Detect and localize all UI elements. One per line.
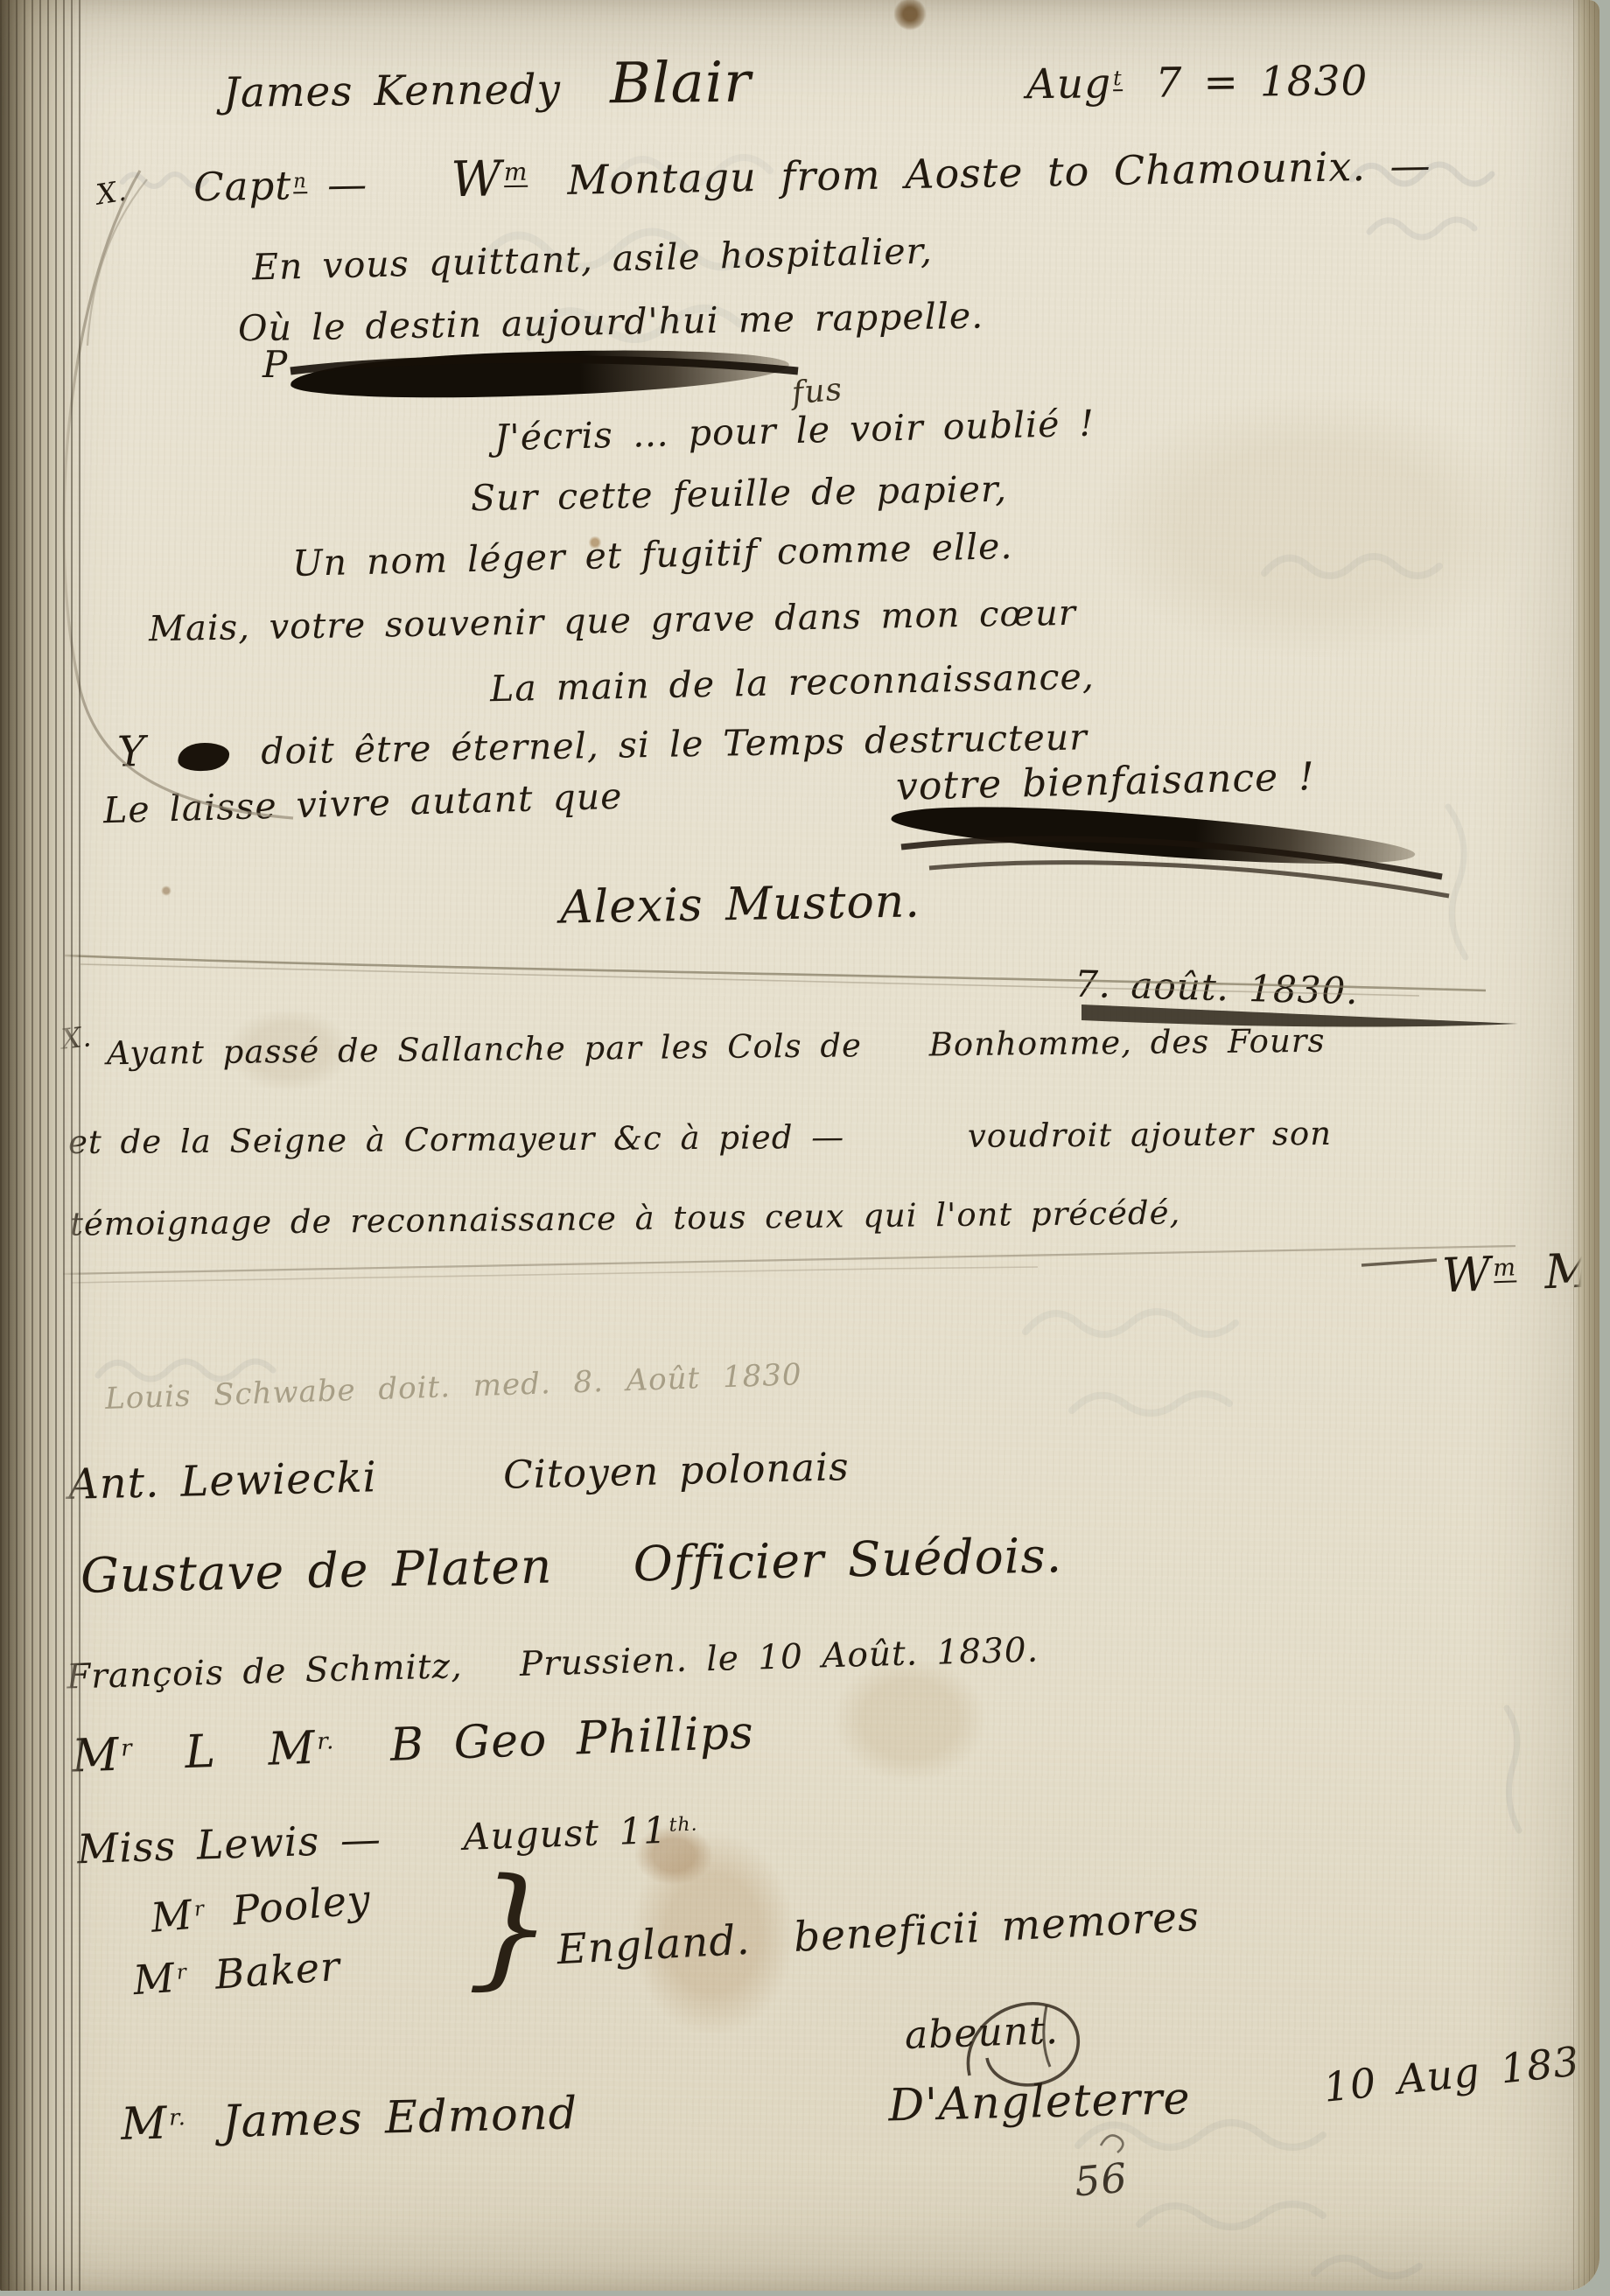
visitor-description: Prussien. le 10 Août. 1830. — [519, 1630, 1039, 1684]
poem-line-4: Sur cette feuille de papier, — [471, 472, 1008, 517]
footnote-text: voudroit ajouter son — [968, 1115, 1332, 1155]
visitor-name: Baker — [213, 1942, 342, 1998]
entry-date-month: Aug — [1026, 59, 1112, 108]
visit-date-sup: th. — [668, 1815, 698, 1836]
gutter-tear-mark — [0, 894, 15, 941]
header-entry-line: James Kennedy Blair Augt 7 = 1830 — [223, 48, 1368, 116]
footnote-text: Bonhomme, des Fours — [928, 1022, 1325, 1064]
gutter-tear-mark — [0, 347, 21, 414]
honorific-sup: r. — [169, 2107, 186, 2131]
poem-text: J'écris … pour le voir oublié ! — [494, 402, 1095, 459]
captain-title-base: Capt — [193, 162, 292, 210]
honorific-sup: r — [193, 1900, 206, 1921]
poem-text: Le laisse vivre autant que — [102, 775, 623, 832]
poem-line-9-right: votre bienfaisance ! — [896, 758, 1316, 807]
captain-entry-line: X. Captn — Wm Montagu from Aoste to Cham… — [96, 139, 1431, 212]
entry-phillips: Mr L Mr. B Geo Phillips — [71, 1710, 754, 1779]
honorific-sup: r — [121, 1738, 133, 1761]
poem-line-2: Où le destin aujourd'hui me rappelle. — [238, 298, 984, 347]
captain-title-sup: n — [293, 171, 307, 194]
country-label: England. — [556, 1916, 752, 1974]
visitor-name: Pooley — [231, 1875, 374, 1935]
initial-sup: m — [1493, 1256, 1517, 1283]
poem-line-7: La main de la reconnaissance, — [490, 659, 1095, 707]
entry-platen: Gustave de Platen Officier Suédois. — [80, 1531, 1063, 1599]
footnote-mark: X. — [59, 1022, 93, 1053]
divider-line-2 — [63, 1246, 1515, 1283]
honorific: M — [71, 1729, 120, 1783]
visitor-surname: Blair — [610, 51, 752, 117]
visitor-first-names: James Kennedy — [223, 66, 562, 117]
entry-schmitz: François de Schmitz, Prussien. le 10 Aoû… — [66, 1633, 1039, 1694]
page-number-text: 56 — [1073, 2153, 1130, 2205]
poem-text: Où le destin aujourd'hui me rappelle. — [238, 295, 984, 350]
initial-m: M. — [1543, 1242, 1599, 1300]
gutter-tear-mark — [0, 1808, 33, 1815]
latin-note: abeunt. — [904, 2008, 1059, 2058]
entry-date: Augt 7 = 1830 — [1026, 57, 1368, 108]
visitor-name: François de Schmitz, — [66, 1647, 464, 1697]
honorific: M — [267, 1722, 316, 1776]
latin-note: beneficii memores — [793, 1893, 1201, 1962]
poem-text: La main de la reconnaissance, — [490, 655, 1095, 710]
footnote-text: et de la Seigne à Cormayeur &c à pied — — [68, 1118, 844, 1161]
honorific: M — [131, 1954, 177, 2004]
dash: — — [327, 161, 368, 208]
entry-baker: Mr Baker — [132, 1946, 342, 2000]
captain-name-sup: m — [504, 160, 528, 187]
captain-route: Montagu from Aoste to Chamounix. — — [567, 142, 1431, 204]
poem-text: En vous quittant, asile hospitalier, — [252, 230, 934, 289]
honorific: M — [120, 2098, 168, 2151]
pencil-entry: Louis Schwabe doit. med. 8. Août 1830 — [105, 1360, 802, 1414]
signature-date: 7. août. 1830. — [1074, 966, 1360, 1010]
visitor-name: Miss Lewis — — [76, 1815, 381, 1872]
visitor-name: Gustave de Platen — [80, 1537, 553, 1603]
signature-line: Alexis Muston. — [560, 878, 921, 930]
ink-blot-struck-words — [890, 795, 1417, 877]
poem-text: votre bienfaisance ! — [895, 754, 1315, 809]
honorific-sup: r — [176, 1963, 188, 1984]
captain-name-base: W — [451, 150, 503, 208]
footnote-reference-mark: X. — [59, 1019, 94, 1055]
entry-pooley: Mr Pooley — [149, 1879, 372, 1938]
footnote-reference-mark: X. — [94, 176, 129, 208]
entry-date-day-year: 7 = 1830 — [1155, 57, 1368, 108]
guestbook-page-scan: James Kennedy Blair Augt 7 = 1830 X. Cap… — [0, 0, 1610, 2296]
ink-blot-struck-line — [290, 345, 789, 402]
entry-lewis: Miss Lewis — August 11th. — [76, 1808, 698, 1870]
poem-line-3: J'écris … pour le voir oublié ! — [494, 406, 1095, 457]
visitor-initial: L — [184, 1725, 217, 1779]
manuscript-page: James Kennedy Blair Augt 7 = 1830 X. Cap… — [0, 0, 1599, 2291]
poem-text: Sur cette feuille de papier, — [471, 468, 1008, 520]
group-note-line: England. beneficii memores — [556, 1896, 1200, 1970]
page-right-edge — [1573, 0, 1599, 2291]
struck-visible-letter: P — [262, 343, 288, 386]
honorific-sup: r. — [317, 1731, 335, 1755]
captain-name: Wm — [451, 150, 552, 208]
footnote-line-2: et de la Seigne à Cormayeur &c à pied — … — [68, 1117, 1332, 1158]
poem-line-6: Mais, votre souvenir que grave dans mon … — [149, 596, 1076, 647]
gutter-tear-mark — [0, 1865, 26, 1872]
poem-text: Un nom léger et fugitif comme elle. — [292, 525, 1013, 584]
visitor-name: James Edmond — [221, 2088, 578, 2148]
entry-date-sup: t — [1113, 68, 1123, 92]
footnote-text: Ayant passé de Sallanche par les Cols de — [107, 1026, 862, 1072]
poem-text: Mais, votre souvenir que grave dans mon … — [149, 593, 1077, 649]
entry-edmond-date: 10 Aug 1830 — [1321, 2038, 1599, 2108]
honorific: M — [149, 1891, 195, 1942]
visitor-name: B Geo Phillips — [389, 1706, 755, 1771]
footnote-initials: Wm M. — [1441, 1247, 1599, 1300]
poem-line-1: En vous quittant, asile hospitalier, — [252, 234, 934, 286]
footnote-line-1: Ayant passé de Sallanche par les Cols de… — [107, 1025, 1326, 1070]
struck-word-blot: on — [177, 741, 230, 773]
signature-name: Alexis Muston. — [560, 875, 921, 934]
initial-w: W — [1441, 1246, 1493, 1303]
pencil-entry-text: Louis Schwabe doit. med. 8. Août 1830 — [105, 1357, 803, 1417]
group-note-line-2: abeunt. — [904, 2012, 1059, 2055]
page-number: 56 — [1073, 2157, 1129, 2201]
struck-visible-letters: fus — [790, 372, 843, 412]
entry-edmond: Mr. James Edmond D'Angleterre — [121, 2076, 1192, 2147]
captain-title: Captn — — [193, 160, 388, 210]
footnote-text: témoignage de reconnaissance à tous ceux… — [70, 1193, 1181, 1242]
poem-text: Y — [117, 727, 147, 777]
visitor-origin: D'Angleterre — [888, 2073, 1192, 2131]
visitor-description: Citoyen polonais — [502, 1445, 850, 1498]
visit-date: 10 Aug 1830 — [1321, 2034, 1599, 2111]
signature-date-text: 7. août. 1830. — [1074, 962, 1359, 1012]
gutter-tear-mark — [0, 1925, 30, 1932]
brace-glyph: } — [466, 1850, 556, 2005]
poem-struck-line-tail: fus — [791, 374, 844, 410]
page-number-flourish — [1101, 2135, 1123, 2152]
footnote-line-3: témoignage de reconnaissance à tous ceux… — [70, 1196, 1181, 1240]
poem-line-9-left: Le laisse vivre autant que — [103, 779, 623, 829]
poem-struck-line-lead: P — [262, 346, 288, 383]
visitor-name: Ant. Lewiecki — [67, 1452, 377, 1509]
poem-line-5: Un nom léger et fugitif comme elle. — [292, 528, 1013, 582]
gutter-tear-mark — [0, 1278, 21, 1331]
visitor-description: Officier Suédois. — [633, 1527, 1063, 1592]
group-brace: } — [466, 1860, 556, 1994]
entry-lewiecki: Ant. Lewiecki Citoyen polonais — [68, 1445, 850, 1506]
